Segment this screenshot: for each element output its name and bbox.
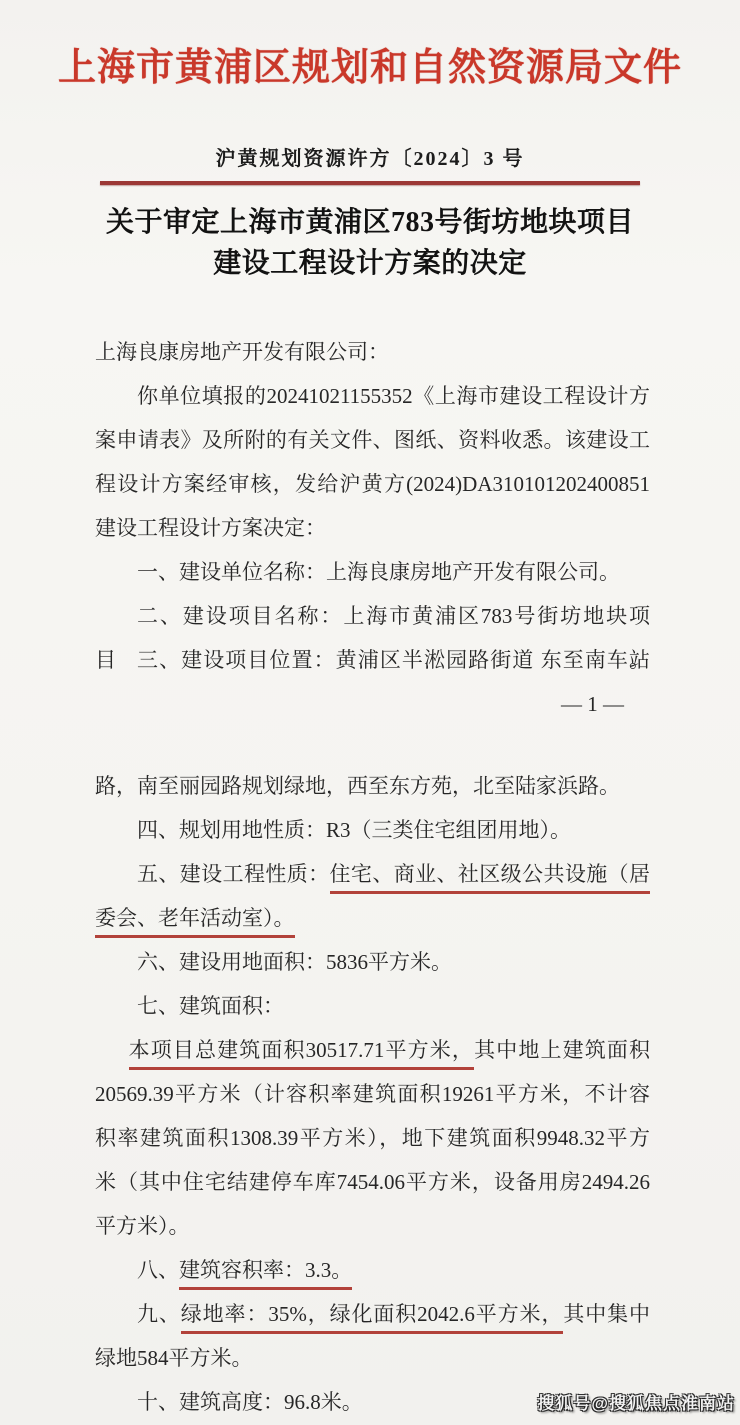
body-line: 五、建设工程性质：住宅、商业、社区级公共设施（居 [95, 852, 650, 896]
text-segment: 案申请表》及所附的有关文件、图纸、资料收悉。该建设工 [95, 428, 650, 452]
document-number: 沪黄规划资源许方〔2024〕3 号 [0, 142, 740, 171]
body-line: 一、建设单位名称：上海良康房地产开发有限公司。 [95, 550, 650, 594]
text-segment: 八、 [137, 1258, 179, 1282]
red-underlined-text: 本项目总建筑面积30517.71平方米， [129, 1038, 474, 1070]
body-line: 建设工程设计方案决定： [95, 506, 650, 550]
body-line: 平方米）。 [95, 1204, 650, 1248]
document-title-line-1: 关于审定上海市黄浦区783号街坊地块项目 [0, 202, 740, 243]
body-line: 米（其中住宅结建停车库7454.06平方米，设备用房2494.26 [95, 1160, 650, 1204]
body-line: 三、建设项目位置：黄浦区半淞园路街道 东至南车站 [95, 638, 650, 682]
agency-header-title: 上海市黄浦区规划和自然资源局文件 [0, 36, 740, 91]
text-segment: 其中地上建筑面积 [474, 1038, 650, 1062]
body-line: 七、建筑面积： [95, 984, 650, 1028]
text-segment: 上海良康房地产开发有限公司： [95, 340, 389, 364]
body-line: 委会、老年活动室）。 [95, 896, 650, 940]
page-number: — 1 — [95, 682, 650, 726]
red-underlined-text: 委会、老年活动室）。 [95, 906, 295, 938]
body-line: 九、绿地率：35%，绿化面积2042.6平方米，其中集中 [95, 1292, 650, 1336]
text-segment: 米（其中住宅结建停车库7454.06平方米，设备用房2494.26 [95, 1170, 650, 1194]
body-line: 上海良康房地产开发有限公司： [95, 330, 650, 374]
text-segment: 七、建筑面积： [137, 994, 284, 1018]
body-line: 六、建设用地面积：5836平方米。 [95, 940, 650, 984]
text-segment: 绿地584平方米。 [95, 1346, 253, 1370]
text-segment: — 1 — [561, 692, 624, 716]
body-line: 本项目总建筑面积30517.71平方米，其中地上建筑面积 [95, 1028, 650, 1072]
text-segment: 路，南至丽园路规划绿地，西至东方苑，北至陆家浜路。 [95, 774, 620, 798]
text-segment: 平方米）。 [95, 1214, 190, 1238]
red-underlined-text: 建筑容积率：3.3。 [179, 1258, 352, 1290]
header-divider-rule [100, 181, 640, 185]
red-underlined-text: 绿地率：35%，绿化面积2042.6平方米， [181, 1302, 564, 1334]
text-segment: 六、建设用地面积：5836平方米。 [137, 950, 452, 974]
text-segment: 三、建设项目位置：黄浦区半淞园路街道 东至南车站 [137, 648, 650, 672]
text-segment: 五、建设工程性质： [137, 862, 330, 886]
body-line: 案申请表》及所附的有关文件、图纸、资料收悉。该建设工 [95, 418, 650, 462]
body-line: 八、建筑容积率：3.3。 [95, 1248, 650, 1292]
document-body: 上海良康房地产开发有限公司：你单位填报的20241021155352《上海市建设… [95, 330, 650, 1424]
body-line: 程设计方案经审核，发给沪黄方(2024)DA310101202400851 [95, 462, 650, 506]
document-page: 上海市黄浦区规划和自然资源局文件 沪黄规划资源许方〔2024〕3 号 关于审定上… [0, 0, 740, 1425]
text-segment: 积率建筑面积1308.39平方米），地下建筑面积9948.32平方 [95, 1126, 650, 1150]
body-line: 积率建筑面积1308.39平方米），地下建筑面积9948.32平方 [95, 1116, 650, 1160]
text-segment: 程设计方案经审核，发给沪黄方(2024)DA310101202400851 [95, 472, 650, 496]
body-line: 四、规划用地性质：R3（三类住宅组团用地）。 [95, 808, 650, 852]
text-segment: 一、建设单位名称：上海良康房地产开发有限公司。 [137, 560, 620, 584]
body-line: 20569.39平方米（计容积率建筑面积19261平方米，不计容 [95, 1072, 650, 1116]
body-line: 你单位填报的20241021155352《上海市建设工程设计方 [95, 374, 650, 418]
red-underlined-text: 住宅、商业、社区级公共设施（居 [330, 862, 650, 894]
body-line: 二、建设项目名称：上海市黄浦区783号街坊地块项目。 [95, 594, 650, 638]
body-line: 路，南至丽园路规划绿地，西至东方苑，北至陆家浜路。 [95, 764, 650, 808]
document-title-line-2: 建设工程设计方案的决定 [0, 243, 740, 284]
body-line: 绿地584平方米。 [95, 1336, 650, 1380]
text-segment: 十、建筑高度：96.8米。 [137, 1390, 363, 1414]
text-segment: 九、 [137, 1302, 181, 1326]
watermark: 搜狐号@搜狐焦点淮南站 [537, 1389, 735, 1414]
text-segment: 四、规划用地性质：R3（三类住宅组团用地）。 [137, 818, 571, 842]
text-segment: 其中集中 [563, 1302, 650, 1326]
document-title: 关于审定上海市黄浦区783号街坊地块项目 建设工程设计方案的决定 [0, 202, 740, 284]
text-segment: 20569.39平方米（计容积率建筑面积19261平方米，不计容 [95, 1082, 650, 1106]
text-segment: 建设工程设计方案决定： [95, 516, 326, 540]
text-segment: 你单位填报的20241021155352《上海市建设工程设计方 [137, 384, 650, 408]
